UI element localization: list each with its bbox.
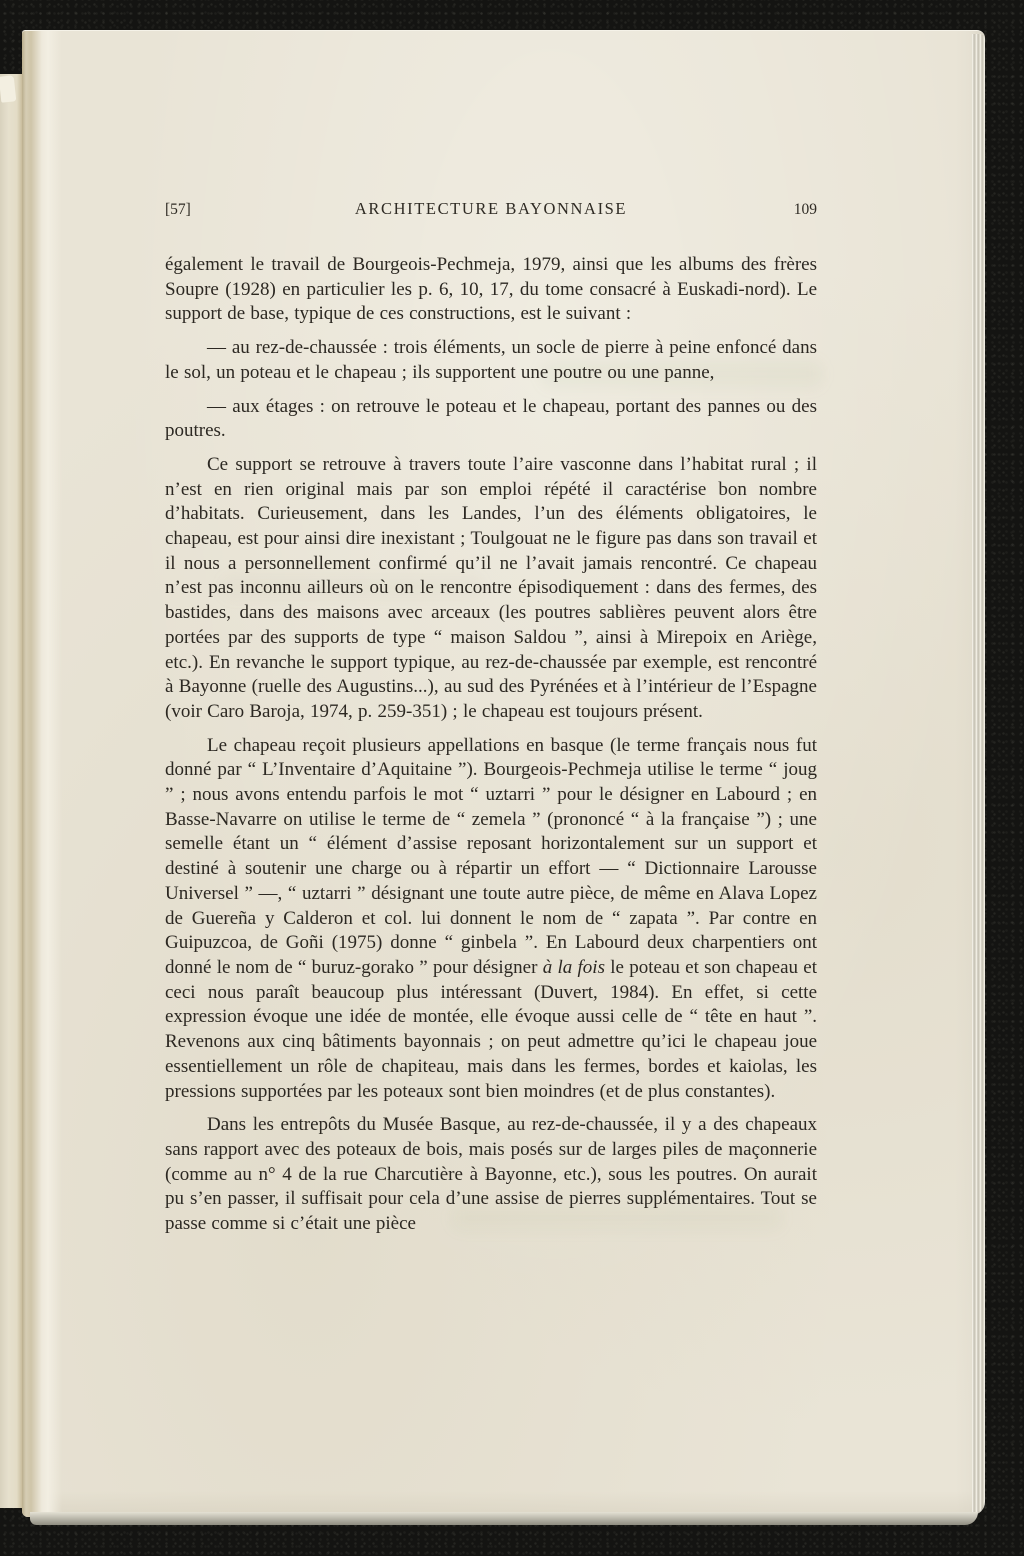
text-segment: le poteau et son chapeau et ceci nous pa… <box>165 957 817 1102</box>
page-edge-stack-left <box>0 74 24 1508</box>
text-segment: Dans les entrepôts du Musée Basque, au r… <box>165 1114 817 1234</box>
text-segment: — au rez-de-chaussée : trois éléments, u… <box>165 337 817 383</box>
scanned-book-page: [57] ARCHITECTURE BAYONNAISE 109 égaleme… <box>0 0 1024 1556</box>
text-segment: Le chapeau reçoit plusieurs appellations… <box>165 735 817 978</box>
paragraph: — au rez-de-chaussée : trois éléments, u… <box>165 336 817 385</box>
paragraph: Dans les entrepôts du Musée Basque, au r… <box>165 1113 817 1237</box>
text-segment: également le travail de Bourgeois-Pechme… <box>165 254 817 324</box>
book-page: [57] ARCHITECTURE BAYONNAISE 109 égaleme… <box>22 30 985 1517</box>
text-segment: Ce support se retrouve à travers toute l… <box>165 454 817 722</box>
page-edge-stack-right <box>972 34 985 1515</box>
header-running-title: ARCHITECTURE BAYONNAISE <box>255 199 727 219</box>
paragraph: — aux étages : on retrouve le poteau et … <box>165 395 817 444</box>
gutter-crease <box>22 31 62 1517</box>
page-header: [57] ARCHITECTURE BAYONNAISE 109 <box>165 199 817 219</box>
header-margin-reference: [57] <box>165 201 255 219</box>
page-body-text: également le travail de Bourgeois-Pechme… <box>165 253 817 1237</box>
text-segment: — aux étages : on retrouve le poteau et … <box>165 396 817 442</box>
page-bottom-edge <box>30 1512 978 1525</box>
paragraph: Le chapeau reçoit plusieurs appellations… <box>165 734 817 1105</box>
paragraph: également le travail de Bourgeois-Pechme… <box>165 253 817 327</box>
header-page-number: 109 <box>727 201 817 219</box>
italic-text-segment: à la fois <box>543 957 605 978</box>
paragraph: Ce support se retrouve à travers toute l… <box>165 453 817 725</box>
page-edge-notch <box>0 75 16 102</box>
